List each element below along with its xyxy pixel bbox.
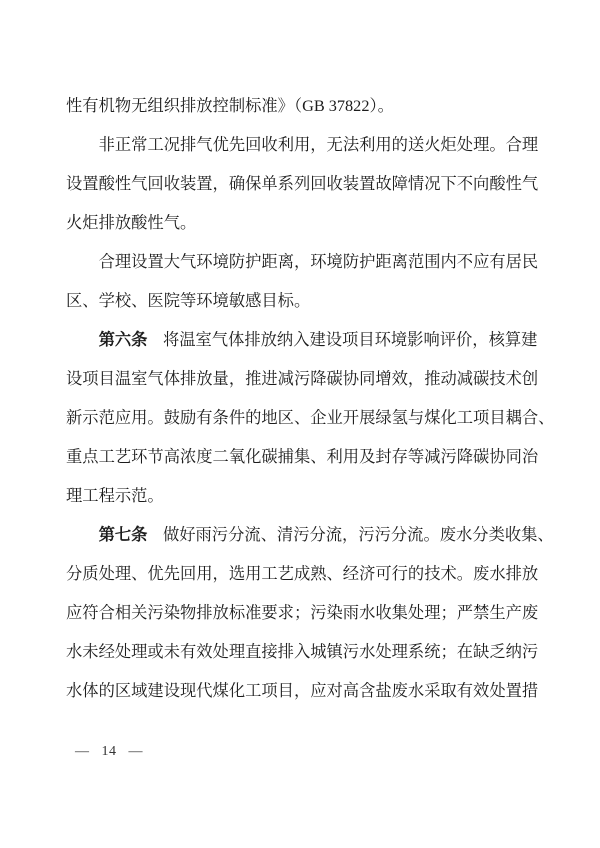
line-text: 合理设置大气环境防护距离，环境防护距离范围内不应有居民 xyxy=(99,252,539,271)
paragraph: 第七条做好雨污分流、清污分流，污污分流。废水分类收集、分质处理、优先回用，选用工… xyxy=(66,515,540,710)
text-line: 分质处理、优先回用，选用工艺成熟、经济可行的技术。废水排放 xyxy=(66,554,540,593)
line-text: 理工程示范。 xyxy=(66,486,164,505)
line-text: 做好雨污分流、清污分流，污污分流。废水分类收集、 xyxy=(163,525,554,544)
text-line: 非正常工况排气优先回收利用，无法利用的送火炬处理。合理 xyxy=(66,125,540,164)
text-line: 新示范应用。鼓励有条件的地区、企业开展绿氢与煤化工项目耦合、 xyxy=(66,398,540,437)
text-line: 重点工艺环节高浓度二氧化碳捕集、利用及封存等减污降碳协同治 xyxy=(66,437,540,476)
text-line: 区、学校、医院等环境敏感目标。 xyxy=(66,281,540,320)
text-line: 理工程示范。 xyxy=(66,476,540,515)
paragraph: 非正常工况排气优先回收利用，无法利用的送火炬处理。合理设置酸性气回收装置，确保单… xyxy=(66,125,540,242)
text-line: 水体的区域建设现代煤化工项目，应对高含盐废水采取有效处置措 xyxy=(66,671,540,710)
line-text: 将温室气体排放纳入建设项目环境影响评价，核算建 xyxy=(163,330,537,349)
text-line: 设项目温室气体排放量，推进减污降碳协同增效，推动减碳技术创 xyxy=(66,359,540,398)
line-text: 设置酸性气回收装置，确保单系列回收装置故障情况下不向酸性气 xyxy=(66,174,538,193)
line-text: 新示范应用。鼓励有条件的地区、企业开展绿氢与煤化工项目耦合、 xyxy=(66,408,554,427)
page-number: 14 xyxy=(102,744,117,760)
document-page: 性有机物无组织排放控制标准》（GB 37822）。非正常工况排气优先回收利用，无… xyxy=(0,0,600,848)
text-line: 应符合相关污染物排放标准要求；污染雨水收集处理；严禁生产废 xyxy=(66,593,540,632)
line-text: 重点工艺环节高浓度二氧化碳捕集、利用及封存等减污降碳协同治 xyxy=(66,447,538,466)
paragraph: 合理设置大气环境防护距离，环境防护距离范围内不应有居民区、学校、医院等环境敏感目… xyxy=(66,242,540,320)
text-line: 合理设置大气环境防护距离，环境防护距离范围内不应有居民 xyxy=(66,242,540,281)
paragraph: 第六条将温室气体排放纳入建设项目环境影响评价，核算建设项目温室气体排放量，推进减… xyxy=(66,320,540,515)
footer-dash-right: — xyxy=(129,744,144,760)
text-line: 性有机物无组织排放控制标准》（GB 37822）。 xyxy=(66,86,540,125)
line-text: 应符合相关污染物排放标准要求；污染雨水收集处理；严禁生产废 xyxy=(66,603,538,622)
paragraph: 性有机物无组织排放控制标准》（GB 37822）。 xyxy=(66,86,540,125)
line-text: 火炬排放酸性气。 xyxy=(66,213,196,232)
line-text: 设项目温室气体排放量，推进减污降碳协同增效，推动减碳技术创 xyxy=(66,369,538,388)
line-text: 性有机物无组织排放控制标准》（GB 37822）。 xyxy=(66,96,394,115)
article-number: 第六条 xyxy=(99,330,148,349)
text-line: 水未经处理或未有效处理直接排入城镇污水处理系统；在缺乏纳污 xyxy=(66,632,540,671)
page-footer: — 14 — xyxy=(75,744,151,760)
text-line: 第六条将温室气体排放纳入建设项目环境影响评价，核算建 xyxy=(66,320,540,359)
article-number: 第七条 xyxy=(99,525,148,544)
line-text: 区、学校、医院等环境敏感目标。 xyxy=(66,291,310,310)
line-text: 水体的区域建设现代煤化工项目，应对高含盐废水采取有效处置措 xyxy=(66,681,538,700)
line-text: 非正常工况排气优先回收利用，无法利用的送火炬处理。合理 xyxy=(99,135,539,154)
text-line: 设置酸性气回收装置，确保单系列回收装置故障情况下不向酸性气 xyxy=(66,164,540,203)
line-text: 水未经处理或未有效处理直接排入城镇污水处理系统；在缺乏纳污 xyxy=(66,642,538,661)
footer-dash-left: — xyxy=(75,744,90,760)
text-line: 第七条做好雨污分流、清污分流，污污分流。废水分类收集、 xyxy=(66,515,540,554)
document-body: 性有机物无组织排放控制标准》（GB 37822）。非正常工况排气优先回收利用，无… xyxy=(66,86,540,710)
text-line: 火炬排放酸性气。 xyxy=(66,203,540,242)
line-text: 分质处理、优先回用，选用工艺成熟、经济可行的技术。废水排放 xyxy=(66,564,538,583)
